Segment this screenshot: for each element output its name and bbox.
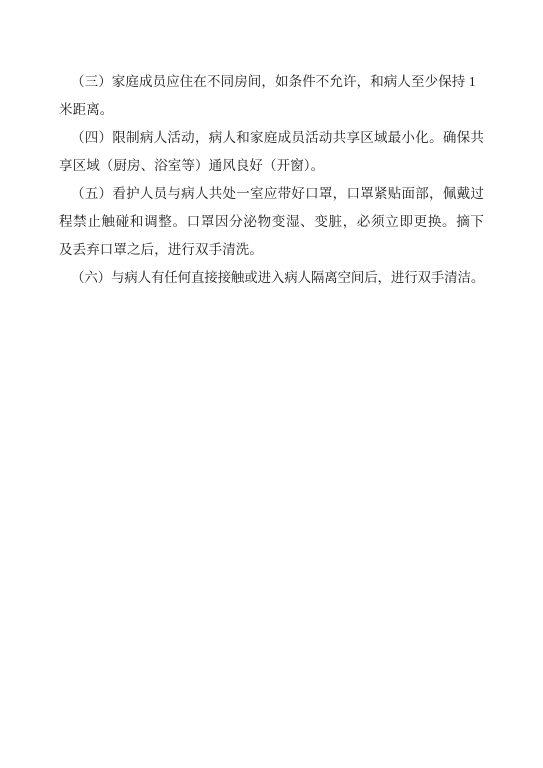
paragraph-line: （三）家庭成员应住在不同房间，如条件不允许，和病人至少保持 1 xyxy=(59,68,484,96)
document-body: { "page": { "background_color": "#ffffff… xyxy=(0,0,543,768)
paragraph-item-4: （四）限制病人活动，病人和家庭成员活动共享区域最小化。确保共 享区域（厨房、浴室… xyxy=(59,124,484,180)
paragraph-line: 及丢弃口罩之后，进行双手清洗。 xyxy=(59,236,484,264)
document-page: （三）家庭成员应住在不同房间，如条件不允许，和病人至少保持 1 米距离。 （四）… xyxy=(0,0,543,768)
paragraph-item-3: （三）家庭成员应住在不同房间，如条件不允许，和病人至少保持 1 米距离。 xyxy=(59,68,484,124)
paragraph-line: 享区域（厨房、浴室等）通风良好（开窗）。 xyxy=(59,152,484,180)
paragraph-line: （六）与病人有任何直接接触或进入病人隔离空间后，进行双手清洁。 xyxy=(59,264,484,292)
paragraph-line: 米距离。 xyxy=(59,96,484,124)
paragraph-line: （五）看护人员与病人共处一室应带好口罩，口罩紧贴面部，佩戴过 xyxy=(59,180,484,208)
paragraph-item-5: （五）看护人员与病人共处一室应带好口罩，口罩紧贴面部，佩戴过 程禁止触碰和调整。… xyxy=(59,180,484,264)
paragraph-line: （四）限制病人活动，病人和家庭成员活动共享区域最小化。确保共 xyxy=(59,124,484,152)
paragraph-item-6: （六）与病人有任何直接接触或进入病人隔离空间后，进行双手清洁。 xyxy=(59,264,484,292)
paragraph-line: 程禁止触碰和调整。口罩因分泌物变湿、变脏，必须立即更换。摘下 xyxy=(59,208,484,236)
